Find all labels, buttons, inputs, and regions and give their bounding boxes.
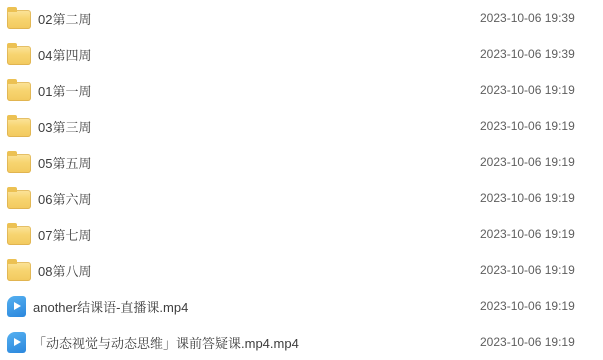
file-row[interactable]: 03第三周 2023-10-06 19:19 [0,108,603,144]
video-play-icon [7,296,26,317]
file-name[interactable]: 「动态视觉与动态思维」课前答疑课.mp4.mp4 [33,333,299,352]
file-row[interactable]: another结课语-直播课.mp4 2023-10-06 19:19 [0,288,603,324]
file-row[interactable]: 08第八周 2023-10-06 19:19 [0,252,603,288]
file-list: 02第二周 2023-10-06 19:39 04第四周 2023-10-06 … [0,0,603,360]
file-row[interactable]: 「动态视觉与动态思维」课前答疑课.mp4.mp4 2023-10-06 19:1… [0,324,603,360]
file-modified-time: 2023-10-06 19:19 [480,299,603,313]
file-name[interactable]: 05第五周 [38,153,91,172]
folder-icon [7,10,31,29]
video-play-icon [7,332,26,353]
folder-icon [7,226,31,245]
file-row[interactable]: 01第一周 2023-10-06 19:19 [0,72,603,108]
file-name[interactable]: 07第七周 [38,225,91,244]
file-name[interactable]: 08第八周 [38,261,91,280]
file-modified-time: 2023-10-06 19:19 [480,227,603,241]
file-row[interactable]: 05第五周 2023-10-06 19:19 [0,144,603,180]
file-row[interactable]: 04第四周 2023-10-06 19:39 [0,36,603,72]
file-modified-time: 2023-10-06 19:19 [480,83,603,97]
folder-icon [7,190,31,209]
file-row[interactable]: 07第七周 2023-10-06 19:19 [0,216,603,252]
file-name[interactable]: 01第一周 [38,81,91,100]
folder-icon [7,46,31,65]
file-row[interactable]: 02第二周 2023-10-06 19:39 [0,0,603,36]
file-modified-time: 2023-10-06 19:19 [480,191,603,205]
file-name[interactable]: 03第三周 [38,117,91,136]
file-modified-time: 2023-10-06 19:39 [480,47,603,61]
file-name[interactable]: another结课语-直播课.mp4 [33,297,188,316]
folder-icon [7,82,31,101]
file-modified-time: 2023-10-06 19:19 [480,263,603,277]
file-name[interactable]: 04第四周 [38,45,91,64]
file-name[interactable]: 02第二周 [38,9,91,28]
folder-icon [7,118,31,137]
file-modified-time: 2023-10-06 19:19 [480,335,603,349]
file-modified-time: 2023-10-06 19:19 [480,155,603,169]
file-modified-time: 2023-10-06 19:19 [480,119,603,133]
file-modified-time: 2023-10-06 19:39 [480,11,603,25]
file-row[interactable]: 06第六周 2023-10-06 19:19 [0,180,603,216]
folder-icon [7,154,31,173]
folder-icon [7,262,31,281]
file-name[interactable]: 06第六周 [38,189,91,208]
